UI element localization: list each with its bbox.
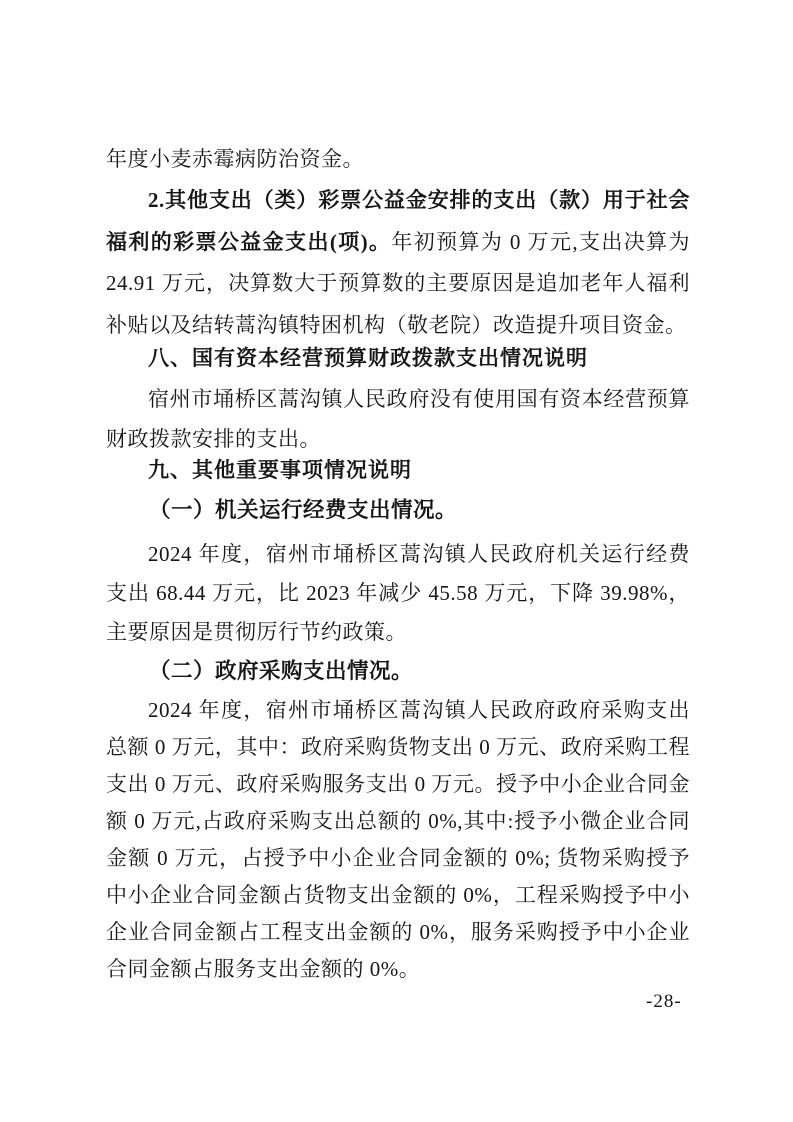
paragraph-continuation: 年度小麦赤霉病防治资金。: [106, 138, 690, 180]
document-page: 年度小麦赤霉病防治资金。 2.其他支出（类）彩票公益金安排的支出（款）用于社会福…: [0, 0, 793, 1122]
page-number: -28-: [646, 991, 706, 1013]
item-one-paragraph: 2024 年度，宿州市埇桥区蒿沟镇人民政府机关运行经费支出 68.44 万元，比…: [106, 535, 690, 652]
item-two-heading: （二）政府采购支出情况。: [106, 659, 690, 683]
item-two-paragraph: 2024 年度，宿州市埇桥区蒿沟镇人民政府政府采购支出总额 0 万元，其中：政府…: [106, 692, 690, 988]
section-eight-paragraph: 宿州市埇桥区蒿沟镇人民政府没有使用国有资本经营预算财政拨款安排的支出。: [106, 379, 690, 459]
paragraph-lottery-public-welfare: 2.其他支出（类）彩票公益金安排的支出（款）用于社会福利的彩票公益金支出(项)。…: [106, 180, 690, 346]
item-one-heading: （一）机关运行经费支出情况。: [106, 498, 690, 522]
section-eight-heading: 八、国有资本经营预算财政拨款支出情况说明: [106, 342, 690, 376]
section-nine-heading: 九、其他重要事项情况说明: [106, 459, 690, 483]
